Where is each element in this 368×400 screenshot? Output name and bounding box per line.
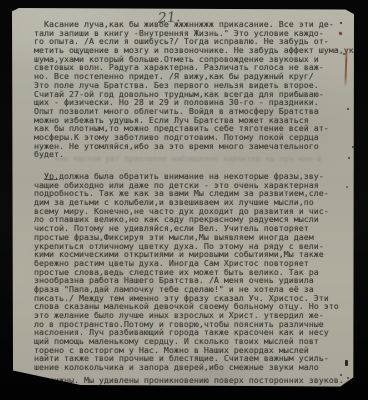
text-line: достижны. Мы удивлены проникновению пове… bbox=[34, 376, 350, 385]
ink-speck bbox=[343, 53, 345, 55]
paragraph-2: Ур.должна была обратить внимание на неко… bbox=[34, 172, 350, 372]
paragraph-1: Касание луча,как бы живое жжжннжжж прика… bbox=[34, 20, 350, 159]
rust-stain-dot bbox=[339, 32, 342, 35]
typewritten-text: Касание луча,как бы живое жжжннжжж прика… bbox=[34, 20, 350, 385]
text-line: будет. bbox=[34, 150, 350, 159]
document-page: 21. чне частое увт праелвене наблюденне … bbox=[12, 8, 354, 388]
ink-speck bbox=[336, 49, 338, 50]
ink-speck bbox=[348, 157, 350, 159]
closing-line: достижны. Мы удивлены проникновению пове… bbox=[34, 376, 350, 385]
underline-mark bbox=[44, 179, 58, 180]
ink-speck bbox=[352, 146, 354, 148]
ink-speck bbox=[340, 22, 342, 24]
ink-speck bbox=[347, 108, 349, 110]
text-line: шение колокольчика и запора дверей,ибо с… bbox=[34, 363, 350, 372]
scanned-document-screenshot: { "page": { "page_number": "21.", "paper… bbox=[0, 0, 368, 400]
ink-speck bbox=[340, 374, 342, 376]
ink-blot bbox=[345, 360, 348, 366]
text-line: нужен. Не утомляйся,ибо за это время мно… bbox=[34, 142, 350, 151]
ink-speck bbox=[347, 377, 349, 379]
ink-speck bbox=[346, 186, 348, 188]
